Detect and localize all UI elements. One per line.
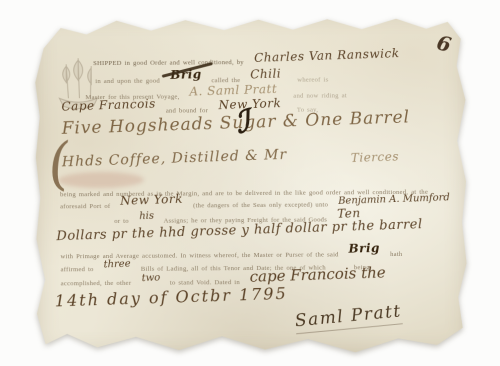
master-signature: Saml Pratt bbox=[294, 301, 403, 334]
printed-text: in and upon the good bbox=[95, 78, 160, 85]
printed-text: with Primage and Average accustomed. In … bbox=[60, 251, 338, 260]
printed-text: being bbox=[354, 264, 370, 271]
handwritten-vessel-name: Chili bbox=[250, 66, 281, 81]
line-shipped: SHIPPED in good Order and well condition… bbox=[93, 50, 399, 70]
handwritten-consignee-name: Benjamin A. Mumford bbox=[338, 192, 450, 207]
ink-blot: ℐ bbox=[232, 104, 253, 141]
line-date: 14th day of Octbr 1795 bbox=[55, 287, 288, 309]
handwritten-note: Tierces bbox=[351, 149, 400, 165]
printed-text: Master for this present Voyage, bbox=[85, 93, 179, 101]
line-cargo-2: Hhds Coffee, Distilled & Mr Tierces bbox=[62, 148, 400, 168]
line-marked-numbered: being marked and numbered as in the Marg… bbox=[60, 181, 428, 202]
printed-text: or to bbox=[114, 218, 129, 225]
page-number-handwritten: 6 bbox=[434, 30, 453, 57]
handwritten-cargo-description: Hhds Coffee, Distilled & Mr bbox=[62, 147, 288, 170]
printed-text: called the bbox=[211, 77, 240, 84]
line-primage: with Primage and Average accustomed. In … bbox=[60, 243, 402, 263]
handwritten-dateline-place: cape Francois the bbox=[250, 263, 387, 286]
ink-stroke bbox=[162, 62, 213, 78]
handwritten-pronoun: his bbox=[139, 210, 154, 221]
printed-text: accomplished, the other bbox=[61, 280, 132, 287]
line-master: Master for this present Voyage, A. Saml … bbox=[85, 84, 347, 104]
printed-text: (the dangers of the Seas only excepted) … bbox=[193, 201, 328, 209]
printed-text: To say, bbox=[297, 107, 318, 114]
margin-mark-flourish: ( bbox=[44, 131, 73, 198]
printed-text: and now riding at bbox=[293, 92, 347, 99]
printed-text: whereof is bbox=[297, 76, 328, 83]
handwritten-vessel-type: Brig bbox=[348, 241, 380, 256]
paper-sheet: 6 SHIPPED in good Order and well conditi… bbox=[35, 12, 467, 355]
ink-smudge bbox=[58, 172, 144, 189]
line-freight-terms: Dollars pr the hhd grosse y half dollar … bbox=[56, 220, 422, 241]
printed-text: and bound for bbox=[166, 107, 208, 114]
handwritten-vessel-type: Brig bbox=[170, 67, 202, 82]
line-assigns-freight: or to his Assigns; he or they paying Fre… bbox=[114, 208, 360, 228]
handwritten-date: 14th day of Octbr 1795 bbox=[55, 284, 288, 311]
sailing-ship-icon bbox=[53, 50, 103, 112]
printed-text: aforesaid Port of bbox=[60, 203, 110, 210]
line-bills-of-lading: affirmed to three Bills of Lading, all o… bbox=[61, 256, 370, 276]
printed-text: hath bbox=[390, 251, 402, 258]
printed-text: Bills of Lading, all of this Tenor and D… bbox=[141, 264, 326, 272]
printed-text: to stand Void. Dated in bbox=[170, 279, 240, 286]
handwritten-master-name: A. Saml Pratt bbox=[189, 82, 277, 99]
line-cargo-1: Five Hogsheads Sugar & One Barrel bbox=[62, 112, 411, 134]
handwritten-destination-port: New York bbox=[218, 96, 281, 112]
handwritten-void-count: two bbox=[141, 272, 160, 284]
handwritten-shipper-name: Charles Van Ranswick bbox=[254, 46, 400, 65]
bill-of-lading-paper: 6 SHIPPED in good Order and well conditi… bbox=[35, 12, 467, 355]
printed-text: Assigns; he or they paying Freight for t… bbox=[164, 216, 327, 224]
line-port-delivery: aforesaid Port of New York (the dangers … bbox=[60, 193, 450, 214]
handwritten-freight-amount: Ten bbox=[337, 206, 361, 221]
line-dated-in: accomplished, the other two to stand Voi… bbox=[61, 269, 386, 290]
handwritten-bill-count: three bbox=[103, 258, 130, 270]
printed-text: affirmed to bbox=[61, 266, 94, 273]
photograph-of-document: 6 SHIPPED in good Order and well conditi… bbox=[0, 0, 500, 366]
signature-block: Saml Pratt bbox=[295, 306, 402, 330]
line-bound-for: Cape Francois and bound for New York To … bbox=[61, 99, 318, 119]
handwritten-port-of-loading: Cape Francois bbox=[61, 96, 156, 113]
printed-text: being marked and numbered as in the Marg… bbox=[60, 189, 428, 199]
printed-text: SHIPPED in good Order and well condition… bbox=[93, 59, 244, 67]
handwritten-freight-terms: Dollars pr the hhd grosse y half dollar … bbox=[56, 217, 423, 244]
handwritten-cargo-description: Five Hogsheads Sugar & One Barrel bbox=[61, 107, 410, 139]
line-vessel: in and upon the good Brig called the Chi… bbox=[95, 68, 328, 88]
handwritten-delivery-port: New York bbox=[120, 192, 183, 208]
